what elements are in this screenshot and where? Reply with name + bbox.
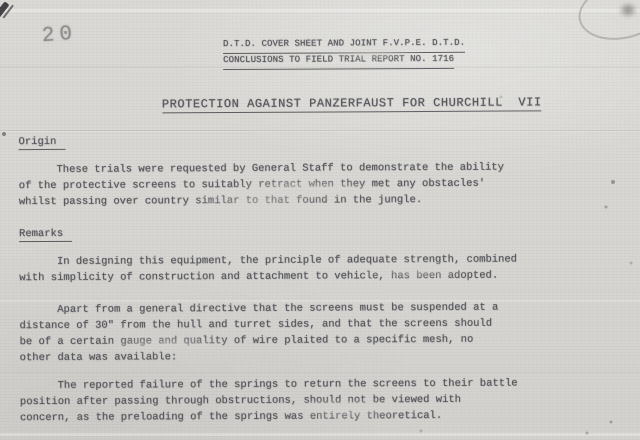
remarks-paragraph-3: The reported failure of the springs to r…: [20, 376, 518, 427]
document-content: 20 D.T.D. COVER SHEET AND JOINT F.V.P.E.…: [0, 0, 640, 440]
section-heading-remarks-text: Remarks: [19, 228, 72, 242]
header-reference-line-2: CONCLUSIONS TO FIELD TRIAL REPORT NO. 17…: [190, 35, 454, 86]
scanned-document-page: 20 D.T.D. COVER SHEET AND JOINT F.V.P.E.…: [0, 0, 640, 440]
header-reference-line-2-text: CONCLUSIONS TO FIELD TRIAL REPORT NO. 17…: [223, 51, 454, 70]
section-heading-origin-text: Origin: [19, 136, 66, 150]
section-heading-remarks: Remarks: [19, 228, 72, 242]
document-title: PROTECTION AGAINST PANZERFAUST FOR CHURC…: [115, 81, 542, 127]
document-title-text: PROTECTION AGAINST PANZERFAUST FOR CHURC…: [162, 95, 542, 113]
remarks-paragraph-2: Apart from a general directive that the …: [19, 300, 498, 367]
remarks-paragraph-1: In designing this equipment, the princip…: [19, 252, 517, 287]
page-number-stamp: 20: [41, 23, 78, 49]
origin-paragraph-1: These trials were requested by General S…: [19, 160, 504, 211]
section-heading-origin: Origin: [19, 136, 66, 150]
